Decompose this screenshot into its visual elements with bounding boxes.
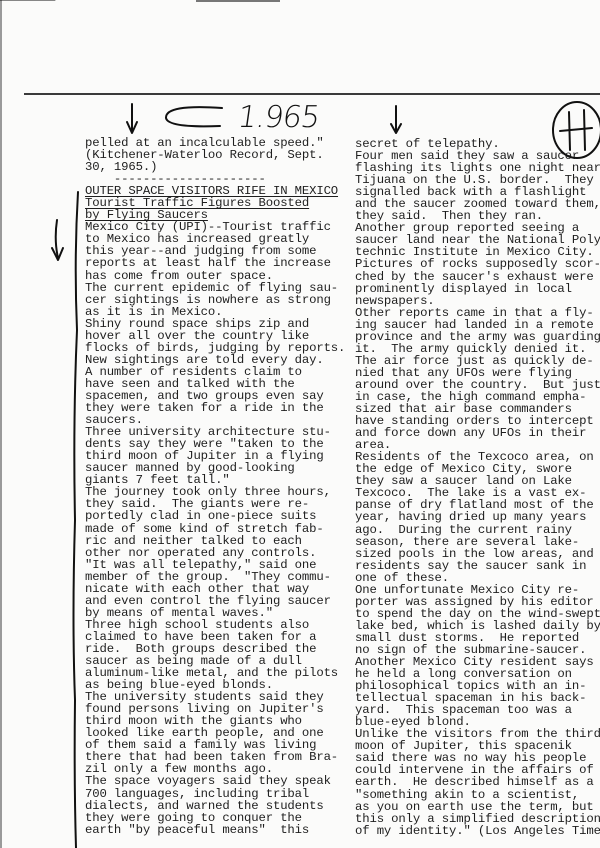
text-line: they were going to conquer the	[85, 812, 345, 824]
text-line: newspapers.	[355, 295, 600, 307]
text-line: one of these.	[355, 572, 600, 584]
text-line: ing saucer had landed in a remote	[355, 319, 600, 331]
text-line: cer sightings is nowhere as strong	[85, 294, 345, 306]
text-line: Other reports came in that a fly-	[355, 307, 600, 319]
handwritten-c-mark	[166, 107, 222, 126]
text-line: province and the army was guarding	[355, 331, 600, 343]
page-edge	[0, 0, 2, 848]
text-line: dialects, and warned the students	[85, 800, 345, 812]
down-arrow-icon	[52, 220, 63, 260]
text-line: 700 languages, including tribal	[85, 788, 345, 800]
text-line: other nor operated any controls.	[85, 547, 345, 559]
right-column-text: secret of telepathy.Four men said they s…	[355, 138, 600, 837]
text-line: of my identity." (Los Angeles Times	[355, 825, 600, 837]
text-line: ago. During the current rainy	[355, 524, 600, 536]
down-arrow-icon	[127, 104, 137, 133]
text-line: earth. He described himself as a	[355, 776, 600, 788]
text-line: season, there are several lake-	[355, 536, 600, 548]
text-line: portedly clad in one-piece suits	[85, 510, 345, 522]
text-line: has come from outer space.	[85, 270, 345, 282]
header-rule	[24, 93, 600, 95]
text-line: year, having dried up many years	[355, 511, 600, 523]
text-line: this only a simplified description	[355, 813, 600, 825]
text-line: One unfortunate Mexico City re-	[355, 584, 600, 596]
text-line: ched by the saucer's exhaust were	[355, 271, 600, 283]
text-line: Pictures of rocks supposedly scor-	[355, 258, 600, 270]
text-line: The current epidemic of flying sau-	[85, 282, 345, 294]
text-line: sized pools in the low areas, and	[355, 548, 600, 560]
text-line: as it is in Mexico.	[85, 306, 345, 318]
text-line: nicate with each other that way	[85, 583, 345, 595]
left-column-text: pelled at an incalculable speed."(Kitche…	[85, 137, 345, 836]
text-line: and force down any UFOs in their	[355, 427, 600, 439]
scanned-document-page: 1.965 pelled at an incalculable speed."(…	[0, 0, 600, 848]
text-line: reports at least half the increase	[85, 257, 345, 269]
text-line: as you on earth use the term, but	[355, 801, 600, 813]
text-line: member of the group. "They commu-	[85, 571, 345, 583]
text-line: "something akin to a scientist,	[355, 789, 600, 801]
handwritten-year-note: 1.965	[236, 100, 322, 135]
text-line: prominently displayed in local	[355, 283, 600, 295]
text-line: The space voyagers said they speak	[85, 775, 345, 787]
text-line: earth "by peaceful means" this	[85, 824, 345, 836]
text-line: hover all over the country like	[85, 330, 345, 342]
text-line: Shiny round space ships zip and	[85, 318, 345, 330]
text-line: ric and neither talked to each	[85, 535, 345, 547]
text-line: "It was all telepathy," said one	[85, 559, 345, 571]
text-line: residents say the saucer sank in	[355, 560, 600, 572]
text-line: made of some kind of stretch fab-	[85, 523, 345, 535]
margin-bracket-line	[74, 192, 79, 848]
previous-page-edge	[196, 0, 280, 2]
down-arrow-icon	[391, 106, 401, 133]
